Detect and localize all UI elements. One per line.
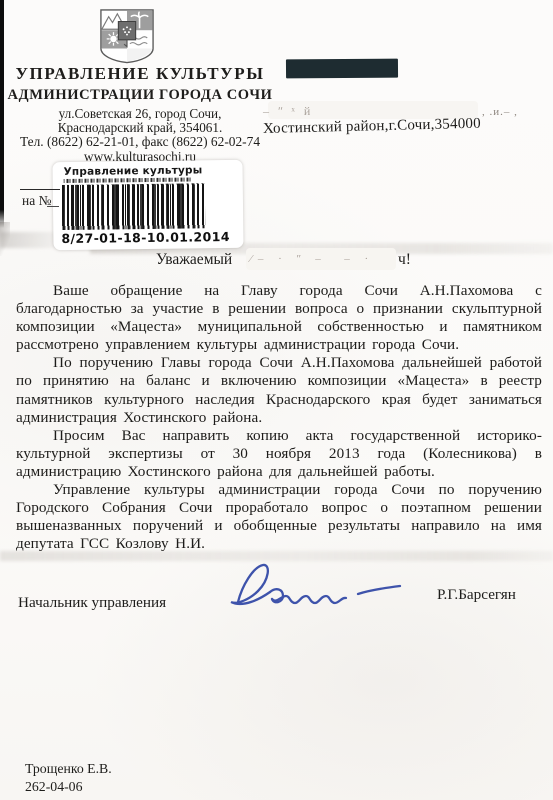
org-name-line1: УПРАВЛЕНИЕ КУЛЬТУРЫ xyxy=(6,64,274,84)
paragraph-3: Просим Вас направить копию акта государс… xyxy=(16,427,542,481)
signer-position: Начальник управления xyxy=(18,594,166,612)
paragraph-2: По поручению Главы города Сочи А.Н.Пахом… xyxy=(16,354,542,426)
executor-phone: 262-04-06 xyxy=(25,779,82,795)
registration-number: 8/27-01-18-10.01.2014 xyxy=(61,229,230,246)
executor-name: Трощенко Е.В. xyxy=(25,761,112,777)
signer-name: Р.Г.Барсегян xyxy=(437,586,545,604)
redaction-bar xyxy=(286,59,398,79)
registration-sticker: Управление культуры 8/27-01-18-10.01.201… xyxy=(52,160,243,250)
org-phone-line: Тел. (8622) 62-21-01, факс (8622) 62-02-… xyxy=(0,134,290,150)
paragraph-1: Ваше обращение на Главу города Сочи А.Н.… xyxy=(16,282,542,354)
mini-barcode xyxy=(64,177,192,183)
scan-edge-left xyxy=(0,0,4,228)
reference-underscore xyxy=(47,206,59,207)
paragraph-4: Управление культуры администрации города… xyxy=(16,481,542,553)
salutation-suffix: ч! xyxy=(398,251,411,269)
org-name-line2: АДМИНИСТРАЦИИ ГОРОДА СОЧИ xyxy=(6,87,274,104)
salutation-prefix: Уважаемый xyxy=(156,251,232,269)
reference-rule xyxy=(20,189,60,190)
scanned-letter-page: УПРАВЛЕНИЕ КУЛЬТУРЫ АДМИНИСТРАЦИИ ГОРОДА… xyxy=(0,0,553,800)
sticker-title: Управление культуры xyxy=(64,164,203,178)
barcode xyxy=(62,183,206,230)
erased-addressee-name: ⁄– · ʺ – ​ – · xyxy=(250,253,374,265)
sochi-coat-of-arms-icon xyxy=(96,8,158,64)
handwritten-signature xyxy=(208,556,413,618)
letter-body: Ваше обращение на Главу города Сочи А.Н.… xyxy=(16,282,542,553)
erased-recipient-tail: , .и.– , xyxy=(482,106,518,118)
